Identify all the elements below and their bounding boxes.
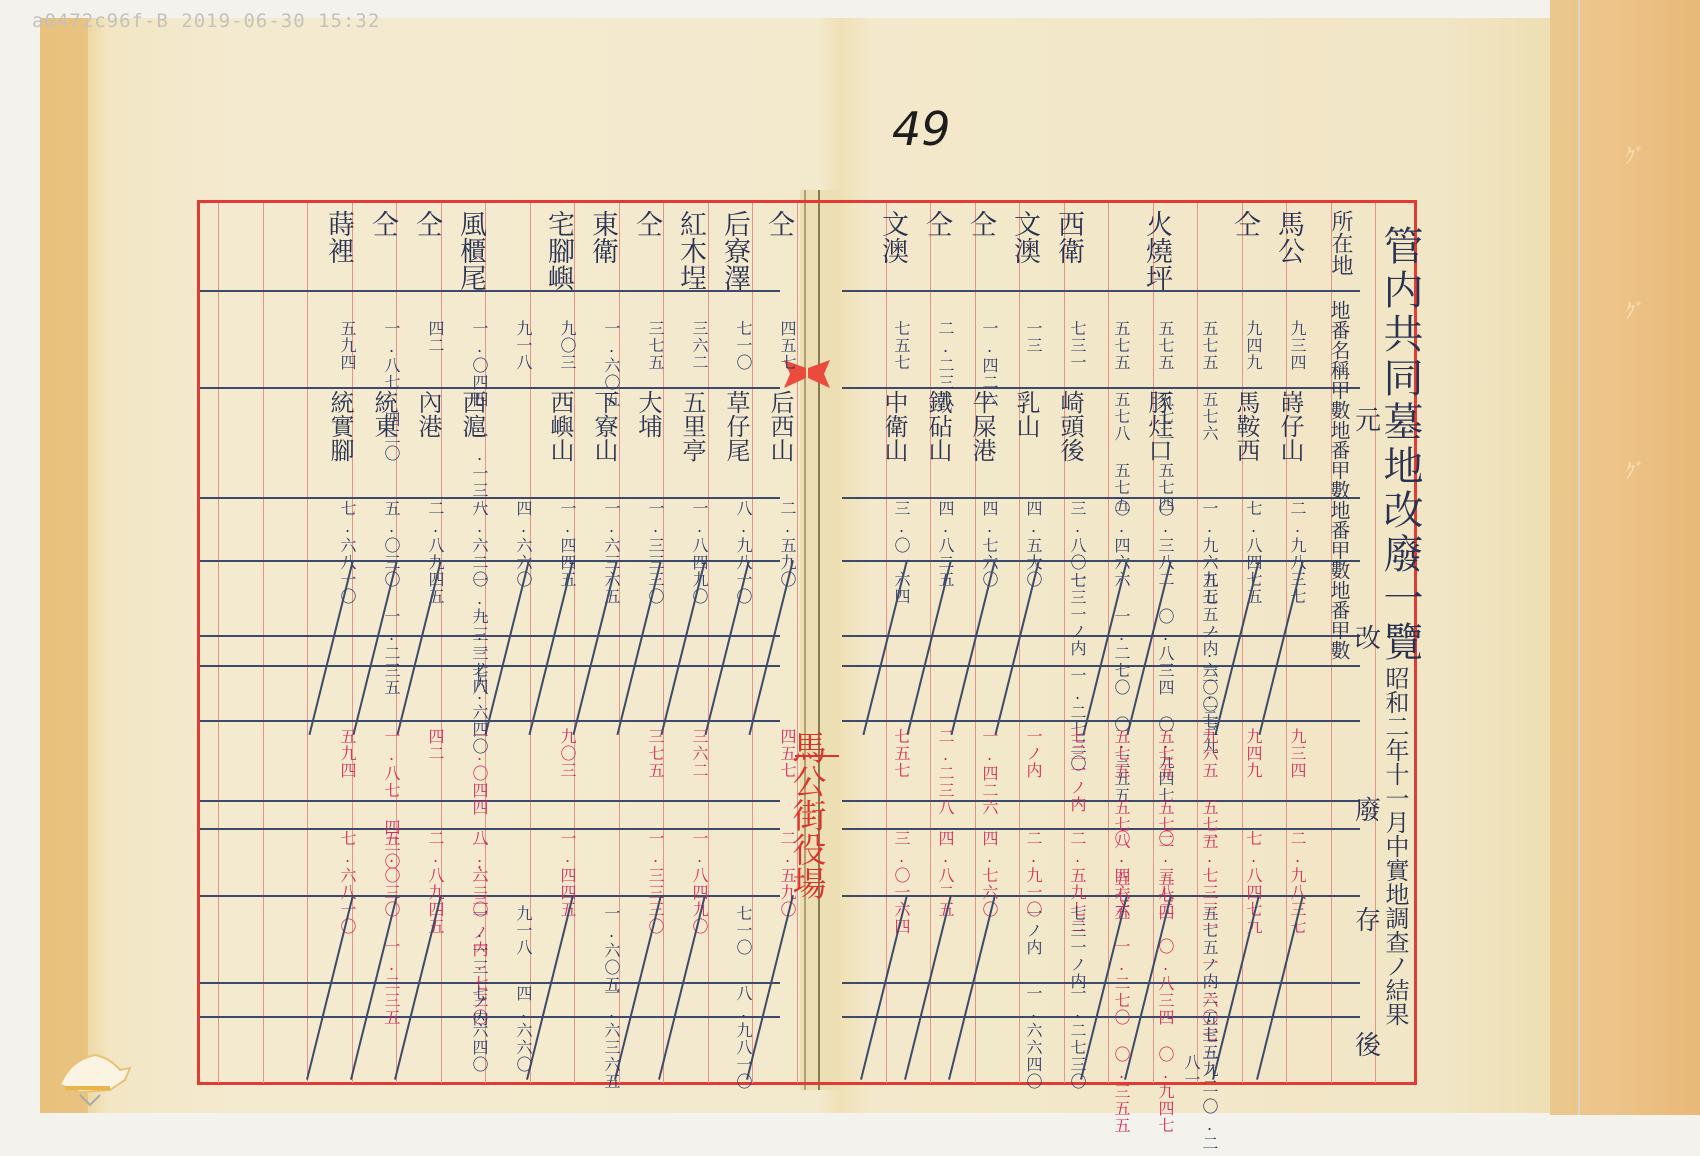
original-lot-number: 五七五 五七八 五七五 [1086, 320, 1130, 513]
ruled-line [218, 203, 219, 1083]
field-lot: 地番 [1327, 500, 1351, 540]
abolished-area: 三.〇一六四 [866, 830, 910, 935]
abolished-lot-number: 三六二 [664, 728, 708, 779]
archive-logo-icon [50, 1040, 140, 1110]
abolished-lot-number: 四二 [400, 728, 444, 762]
cemetery-name: 后西山 [752, 390, 796, 462]
original-lot-number: 三七五 [620, 320, 664, 371]
changed-lot-number: 七三一ノ内 [1042, 572, 1086, 657]
cemetery-name: 大埔 [620, 390, 664, 438]
section-fields-original: 地番名稱甲數地番甲數地番甲數地番甲數 [1322, 300, 1356, 660]
column-location: 仝 [1218, 210, 1262, 237]
office-name: 馬公街役場 [798, 730, 838, 900]
column-location: 東衛 [576, 210, 620, 264]
column-location: 仝 [954, 210, 998, 237]
original-lot-number: 五九四 [312, 320, 356, 371]
cemetery-name: 內港 [400, 390, 444, 438]
remaining-area: 一.六三六五 [576, 985, 620, 1090]
column-location: 蒔裡 [312, 210, 356, 264]
cemetery-name: 崎頭後 [1042, 390, 1086, 462]
abolished-lot-number: 一.四二六 [954, 728, 998, 816]
abolished-area: 七.六八一〇 [312, 830, 356, 935]
original-area: 八.九八一〇 [708, 500, 752, 605]
cemetery-name: 中衛山 [866, 390, 910, 462]
row-header-label: 所在地 [1310, 210, 1354, 276]
cemetery-name: 鐵砧山 [910, 390, 954, 462]
original-lot-number: 四五七 [752, 320, 796, 371]
cemetery-name: 牛屎港 [954, 390, 998, 462]
abolished-area: 二.八九四五 [400, 830, 444, 935]
column-location: 仝 [400, 210, 444, 237]
field-area: 甲數 [1327, 620, 1351, 660]
tape-mark: ｸﾞ [1625, 455, 1645, 484]
original-area: 一.三三三〇 [620, 500, 664, 605]
original-lot-number: 三六二 [664, 320, 708, 371]
page-number: 49 [892, 102, 951, 156]
original-lot-number: 一三 [998, 320, 1042, 354]
cemetery-name: 嵵仔山 [1262, 390, 1306, 462]
abolished-lot-number: 四五七 [752, 728, 796, 779]
remaining-area: 一.六六四〇 [998, 985, 1042, 1090]
original-lot-number: 七三一 [1042, 320, 1086, 371]
abolished-area: 五.〇三〇 一.二三五 [356, 830, 400, 1026]
column-location: 馬公 [1262, 210, 1306, 264]
tape-mark: ｸﾞ [1625, 295, 1645, 324]
cemetery-name: 下寮山 [576, 390, 620, 462]
abolished-lot-number: 二.二三八 [910, 728, 954, 816]
original-lot-number: 九三四 [1262, 320, 1306, 371]
original-lot-number: 七五七 [866, 320, 910, 371]
column-location: 文澳 [998, 210, 1042, 264]
original-area: 二.八九四五 [400, 500, 444, 605]
cemetery-name: 草仔尾 [708, 390, 752, 462]
cemetery-name: 統東 [356, 390, 400, 438]
remaining-lot-number: 九一八 [488, 905, 532, 956]
cemetery-name: 西嶼山 [532, 390, 576, 462]
grid-line [200, 800, 780, 802]
abolished-lot-number: 九三四 [1262, 728, 1306, 779]
section-label-changed: 改 [1355, 618, 1381, 655]
grid-line [200, 982, 780, 984]
column-location: 后寮澤 [708, 210, 752, 291]
original-area: 二.九八三七 [1262, 500, 1306, 605]
remaining-lot-number: 一ノ内 [998, 905, 1042, 956]
field-area: 甲數 [1327, 380, 1351, 420]
abolished-area: 〇.三八二 〇.八三四 〇.九四七 [1130, 830, 1174, 1134]
grid-line [842, 290, 1360, 292]
column-location: 宅腳嶼 [532, 210, 576, 291]
original-area: 七.六八一〇 [312, 500, 356, 605]
remaining-area: 二.三三九 〇.二八一 [1174, 985, 1218, 1156]
section-label-after: 後 [1355, 1025, 1381, 1062]
remaining-area: 一.二七三〇 [1042, 985, 1086, 1090]
abolished-lot-number: 五九四 [312, 728, 356, 779]
grid-line [200, 635, 780, 637]
remaining-lot-number: 七一〇 [708, 905, 752, 956]
scan-stamp: a0472c96f-B 2019-06-30 15:32 [32, 10, 380, 32]
abolished-area: 一.八四九〇 [664, 830, 708, 935]
section-label-abolished: 廢 [1355, 790, 1381, 827]
column-location: 火燒坪 [1130, 210, 1174, 291]
abolished-area: 七.八四七九 [1218, 830, 1262, 935]
cemetery-name: 馬鞍西 [1218, 390, 1262, 462]
abolished-lot-number: 九四九 [1218, 728, 1262, 779]
column-location: 文澳 [866, 210, 910, 264]
remaining-area: 七.六四〇 [444, 985, 488, 1073]
remaining-lot-number: 七三一ノ内 [1042, 905, 1086, 990]
column-location: 仝 [620, 210, 664, 237]
column-location: 風櫃尾 [444, 210, 488, 291]
cemetery-name: 豚灶口 [1130, 390, 1174, 462]
original-lot-number: 九四九 [1218, 320, 1262, 371]
field-lot: 地番 [1327, 580, 1351, 620]
grid-line [200, 497, 780, 499]
original-area: 一.八四九〇 [664, 500, 708, 605]
abolished-area: 一.三三三〇 [620, 830, 664, 935]
field-lot: 地番 [1327, 420, 1351, 460]
abolished-lot-number: 三七五 [620, 728, 664, 779]
cemetery-name: 乳山 [998, 390, 1042, 438]
changed-lot-number: 五七五ノ内 [1174, 572, 1218, 657]
original-area: 五.〇三〇 一.二三五 [356, 500, 400, 696]
remaining-area: 四.六六〇 [488, 985, 532, 1073]
original-area: 三.〇一六四 [866, 500, 910, 605]
field-lot: 地番 [1327, 300, 1351, 340]
column-location: 西衛 [1042, 210, 1086, 264]
ruled-line [263, 203, 264, 1083]
original-area: 七.八四七五 [1218, 500, 1262, 605]
cemetery-name: 五里亭 [664, 390, 708, 462]
grid-line [200, 387, 780, 389]
section-label-remaining: 存 [1355, 900, 1381, 937]
remaining-area: 八.九八一〇 [708, 985, 752, 1090]
original-lot-number: 九一八 [488, 320, 532, 371]
column-location: 紅木埕 [664, 210, 708, 291]
tape-edge [1578, 0, 1580, 1115]
left-binding-tape [40, 18, 88, 1113]
abolished-area: 二.九八三七 [1262, 830, 1306, 935]
document-subtitle: 昭和二年十一月中實地調查ノ結果 [1378, 666, 1413, 1026]
abolished-lot-number: 一ノ内 [998, 728, 1042, 779]
grid-line [200, 665, 780, 667]
field-name: 名稱 [1327, 340, 1351, 380]
original-lot-number: 九〇三 [532, 320, 576, 371]
cemetery-name: 統實腳 [312, 390, 356, 462]
document-title: 管内共同墓地改廢一覽 [1372, 225, 1429, 665]
original-lot-number: 七一〇 [708, 320, 752, 371]
original-lot-number: 五七五 五七六 [1174, 320, 1218, 442]
field-area: 甲數 [1327, 460, 1351, 500]
abolished-area: 〇.四六六 一.二七〇 〇.三五五 [1086, 830, 1130, 1134]
section-label-original: 元 [1355, 400, 1381, 437]
ruled-line [307, 203, 308, 1083]
tape-mark: ｸﾞ [1625, 140, 1645, 169]
abolished-lot-number: 七五七 [866, 728, 910, 779]
column-location: 仝 [752, 210, 796, 237]
field-area: 甲數 [1327, 540, 1351, 580]
abolished-lot-number: 九〇三 [532, 728, 576, 779]
cemetery-name: 西滬 [444, 390, 488, 438]
original-area: 一.六三六五 [576, 500, 620, 605]
column-location: 仝 [910, 210, 954, 237]
abolished-lot-number: 七三一ノ内 [1042, 728, 1086, 813]
remaining-lot-number: 一.六〇五 [576, 905, 620, 993]
original-lot-number: 四二 [400, 320, 444, 354]
column-location: 仝 [356, 210, 400, 237]
